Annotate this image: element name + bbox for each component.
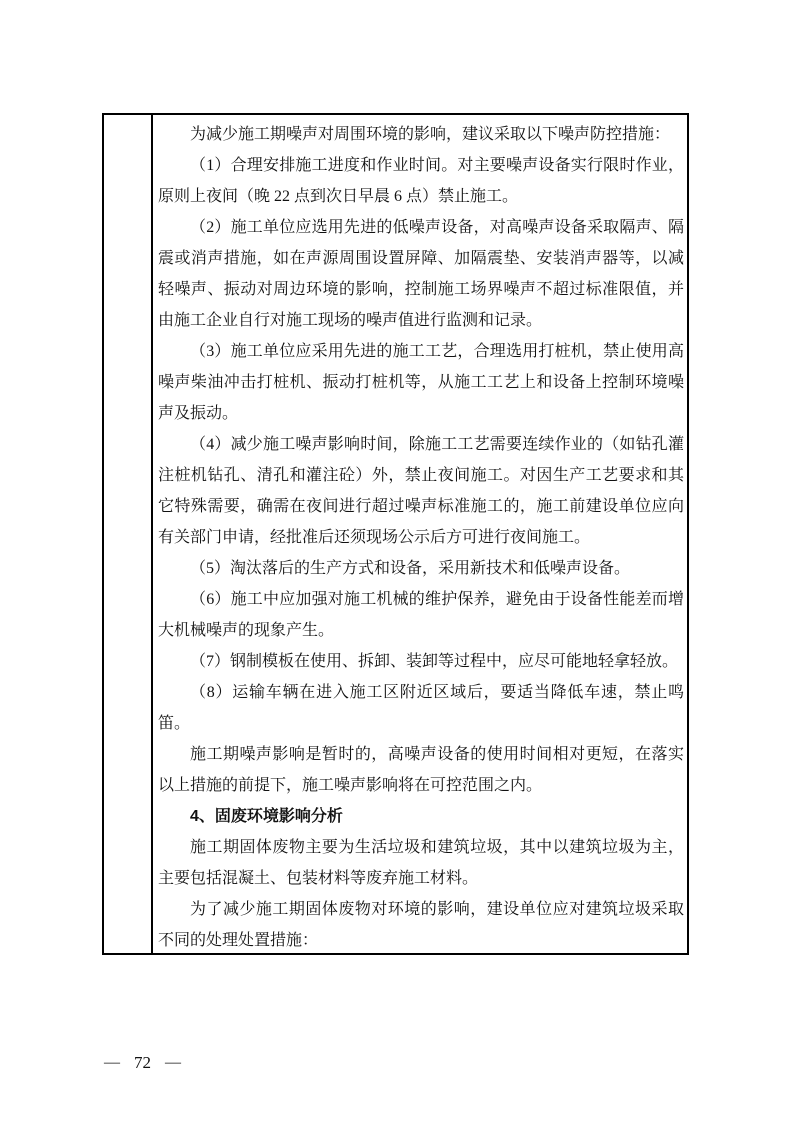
paragraph: （1）合理安排施工进度和作业时间。对主要噪声设备实行限时作业，原则上夜间（晚 2… — [158, 150, 684, 212]
paragraph: （7）钢制模板在使用、拆卸、装卸等过程中，应尽可能地轻拿轻放。 — [158, 646, 684, 677]
footer-dash-left: — — [104, 1054, 120, 1072]
paragraph: （8）运输车辆在进入施工区附近区域后，要适当降低车速，禁止鸣笛。 — [158, 677, 684, 739]
paragraph: （2）施工单位应选用先进的低噪声设备，对高噪声设备采取隔声、隔震或消声措施，如在… — [158, 212, 684, 336]
paragraph: 为了减少施工期固体废物对环境的影响，建设单位应对建筑垃圾采取不同的处理处置措施： — [158, 894, 684, 953]
paragraph-container: 为减少施工期噪声对周围环境的影响，建议采取以下噪声防控措施：（1）合理安排施工进… — [158, 119, 684, 953]
paragraph: 施工期固体废物主要为生活垃圾和建筑垃圾，其中以建筑垃圾为主，主要包括混凝土、包装… — [158, 832, 684, 894]
section-heading: 4、固废环境影响分析 — [158, 801, 684, 832]
table-left-cell — [104, 115, 153, 953]
document-page: 为减少施工期噪声对周围环境的影响，建议采取以下噪声防控措施：（1）合理安排施工进… — [0, 0, 793, 1122]
table-content-cell: 为减少施工期噪声对周围环境的影响，建议采取以下噪声防控措施：（1）合理安排施工进… — [153, 115, 687, 953]
paragraph: （6）施工中应加强对施工机械的维护保养，避免由于设备性能差而增大机械噪声的现象产… — [158, 584, 684, 646]
content-table: 为减少施工期噪声对周围环境的影响，建议采取以下噪声防控措施：（1）合理安排施工进… — [102, 113, 689, 955]
paragraph: （4）减少施工噪声影响时间，除施工工艺需要连续作业的（如钻孔灌注桩机钻孔、清孔和… — [158, 429, 684, 553]
paragraph: （3）施工单位应采用先进的施工工艺，合理选用打桩机，禁止使用高噪声柴油冲击打桩机… — [158, 336, 684, 429]
page-number: 72 — [134, 1053, 151, 1073]
paragraph: 为减少施工期噪声对周围环境的影响，建议采取以下噪声防控措施： — [158, 119, 684, 150]
paragraph: 施工期噪声影响是暂时的，高噪声设备的使用时间相对更短，在落实以上措施的前提下，施… — [158, 739, 684, 801]
page-footer: — 72 — — [104, 1053, 181, 1073]
footer-dash-right: — — [165, 1054, 181, 1072]
paragraph: （5）淘汰落后的生产方式和设备，采用新技术和低噪声设备。 — [158, 553, 684, 584]
